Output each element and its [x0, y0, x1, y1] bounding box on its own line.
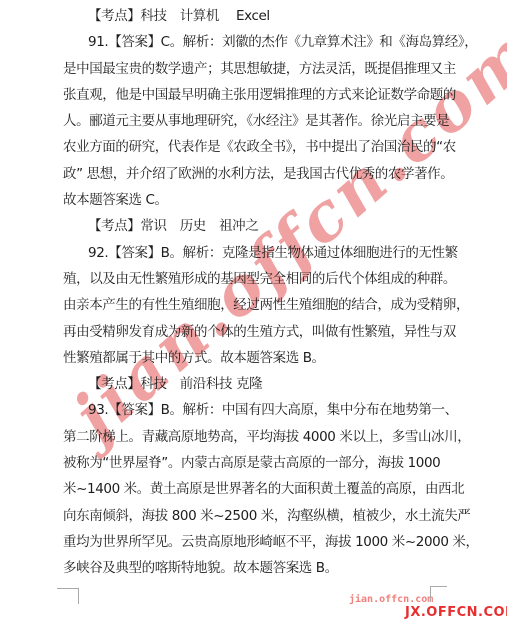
text-line: 向东南倾斜，海拔 800 米~2500 米，沟壑纵横，植被少，水土流失严 — [63, 503, 461, 529]
footer-site-label: JX.OFFCN.COM — [405, 605, 507, 620]
footer-watermark-text: jian.offcn.com — [349, 594, 433, 605]
text-line: 是中国最宝贵的数学遗产；其思想敏捷，方法灵活，既提倡推理又主 — [63, 56, 461, 82]
text-line: 【考点】科技 计算机 Excel — [63, 3, 461, 29]
text-line: 张直观，他是中国最早明确主张用逻辑推理的方式来论证数学命题的 — [63, 82, 461, 108]
text-line: 92.【答案】B。解析：克隆是指生物体通过体细胞进行的无性繁 — [63, 240, 461, 266]
text-line: 重均为世界所罕见。云贵高原地形崎岖不平，海拔 1000 米~2000 米， — [63, 529, 461, 555]
text-line: 91.【答案】C。解析：刘徽的杰作《九章算术注》和《海岛算经》， — [63, 29, 461, 55]
document-page: jian.offcn.com 【考点】科技 计算机 Excel91.【答案】C。… — [0, 0, 507, 624]
text-line: 93.【答案】B。解析：中国有四大高原，集中分布在地势第一、 — [63, 397, 461, 423]
text-line: 米~1400 米。黄土高原是世界著名的大面积黄土覆盖的高原，由西北 — [63, 476, 461, 502]
text-line: 政” 思想，并介绍了欧洲的水利方法，是我国古代优秀的农学著作。 — [63, 161, 461, 187]
text-line: 农业方面的研究，代表作是《农政全书》，书中提出了治国治民的“农 — [63, 134, 461, 160]
text-line: 殖，以及由无性繁殖形成的基因型完全相同的后代个体组成的种群。 — [63, 266, 461, 292]
text-line: 被称为“世界屋脊”。内蒙古高原是蒙古高原的一部分，海拔 1000 — [63, 450, 461, 476]
text-line: 【考点】常识 历史 祖冲之 — [63, 213, 461, 239]
text-line: 【考点】科技 前沿科技 克隆 — [63, 371, 461, 397]
page-margin-mark-bottom-left — [57, 588, 79, 604]
text-line: 性繁殖都属于其中的方式。故本题答案选 B。 — [63, 345, 461, 371]
text-line: 故本题答案选 C。 — [63, 187, 461, 213]
document-body: 【考点】科技 计算机 Excel91.【答案】C。解析：刘徽的杰作《九章算术注》… — [63, 3, 461, 582]
page-margin-mark-bottom-right — [430, 586, 447, 602]
text-line: 再由受精卵发育成为新的个体的生殖方式，叫做有性繁殖，异性与双 — [63, 319, 461, 345]
text-line: 由亲本产生的有性生殖细胞，经过两性生殖细胞的结合，成为受精卵， — [63, 292, 461, 318]
text-line: 人。郦道元主要从事地理研究，《水经注》是其著作。徐光启主要是 — [63, 108, 461, 134]
text-line: 第二阶梯上。青藏高原地势高，平均海拔 4000 米以上，多雪山冰川， — [63, 424, 461, 450]
text-line: 多峡谷及典型的喀斯特地貌。故本题答案选 B。 — [63, 555, 461, 581]
